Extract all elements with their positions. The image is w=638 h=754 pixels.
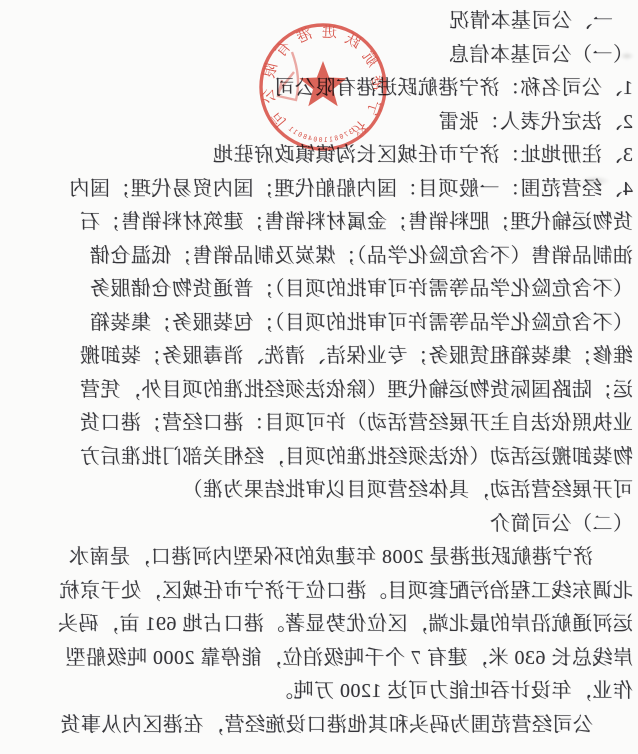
doc-line: （二）公司简介 (75, 508, 633, 542)
doc-line: 作业，年设计吞吐能力可达 1200 万吨。 (75, 675, 633, 709)
doc-line: 业执照依法自主开展经营活动）许可项目：港口经营；港口货 (75, 407, 633, 441)
doc-line: 岸线总长 630 米，建有 7 个千吨级泊位，能停靠 2000 吨级船型 (75, 642, 633, 676)
doc-line: 运河通航沿岸的最北端，区位优势显著。港口占地 691 亩，码头 (75, 608, 633, 642)
doc-line: 油制品销售（不含危险化学品）；煤炭及制品销售；低温仓储 (75, 240, 633, 274)
doc-line: （不含危险化学品等需许可审批的项目）；普通货物仓储服务 (75, 273, 633, 307)
doc-line: 货物运输代理；肥料销售；金属材料销售；建筑材料销售；石 (75, 206, 633, 240)
doc-line: 物装卸搬运活动（依法须经批准的项目，经相关部门批准后方 (75, 441, 633, 475)
doc-line: （不含危险化学品等需许可审批的项目）；包装服务；集装箱 (75, 307, 633, 341)
doc-line: 运；陆路国际货物运输代理（除依法须经批准的项目外，凭营 (75, 374, 633, 408)
document-page: 一、公司基本情况 （一）公司基本信息 1、公司名称：济宁港航跃进港有限公司 2、… (0, 0, 638, 754)
company-seal-stamp: 济宁港航跃进港有限公司 3708110048011 (238, 2, 408, 172)
doc-line: 维修；集装箱租赁服务；专业保洁、清洗、消毒服务；装卸搬 (75, 340, 633, 374)
scan-smudge (580, 176, 610, 186)
scan-smudge (620, 52, 634, 60)
doc-line: 济宁港航跃进港是 2008 年建成的环保型内河港口，是南水 (75, 541, 633, 575)
doc-line: 北调东线工程治污配套项目。港口位于济宁市任城区，处于京杭 (75, 575, 633, 609)
doc-line: 公司经营范围为码头和其他港口设施经营，在港区内从事货 (75, 709, 633, 743)
doc-line: 可开展经营活动，具体经营项目以审批结果为准） (75, 474, 633, 508)
doc-line: 4、经营范围：一般项目：国内船舶代理；国内贸易代理；国内 (75, 173, 633, 207)
star-icon (299, 61, 347, 106)
